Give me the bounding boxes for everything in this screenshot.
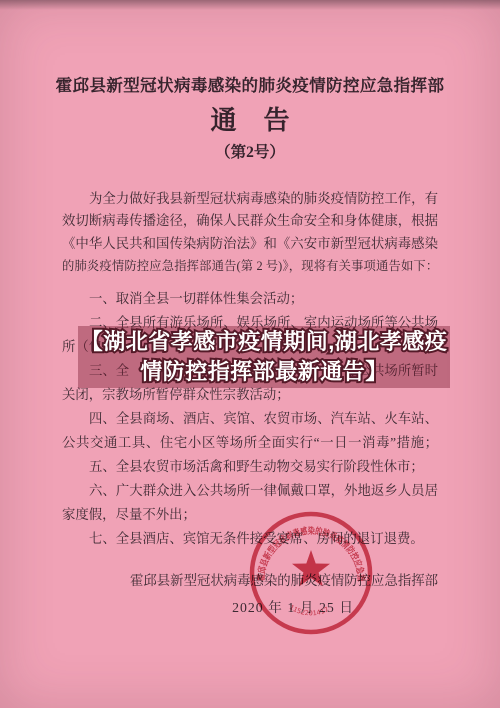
overlay-caption-band: 【湖北省孝感市疫情期间,湖北孝感疫 情防控指挥部最新通告】: [78, 326, 450, 388]
notice-paper: 霍邱县新型冠状病毒感染的肺炎疫情防控应急指挥部 通告 （第2号） 为全力做好我县…: [0, 0, 500, 708]
item-line: 四、全县商场、酒店、宾馆、农贸市场、汽车站、火车站、: [62, 407, 438, 431]
notice-title: 通告: [0, 100, 500, 137]
item-line: 六、广大群众进入公共场所一律佩戴口罩，外地返乡人员居: [62, 479, 438, 503]
body-line: 为全力做好我县新型冠状病毒感染的肺炎疫情防控工作，有: [62, 188, 438, 210]
item-line: 家度假，尽量不外出；: [62, 503, 438, 527]
signature-date: 2020 年 1 月 25 日: [62, 596, 354, 616]
body-line: 《中华人民共和国传染病防治法》和《六安市新型冠状病毒感染: [62, 233, 438, 255]
overlay-caption-line2: 情防控指挥部最新通告】: [140, 357, 388, 387]
overlay-caption-line1: 【湖北省孝感市疫情期间,湖北孝感疫: [81, 327, 448, 357]
signature-org: 霍邱县新型冠状病毒感染的肺炎疫情防控应急指挥部: [62, 570, 438, 589]
body-line: 的肺炎疫情防控应急指挥部通告(第 2 号)》，现将有关事项通告如下：: [62, 255, 438, 277]
item-line: 一、取消全县一切群体性集会活动；: [62, 287, 438, 311]
notice-number: （第2号）: [0, 140, 500, 162]
body-line: 效切断病毒传播途径，确保人民群众生命安全和身体健康，根据: [62, 210, 438, 232]
item-line: 五、全县农贸市场活禽和野生动物交易实行阶段性休市；: [62, 455, 438, 479]
intro-paragraph: 为全力做好我县新型冠状病毒感染的肺炎疫情防控工作，有 效切断病毒传播途径，确保人…: [62, 188, 438, 278]
item-line: 七、全县酒店、宾馆无条件接受宴席、房间的退订退费。: [62, 527, 438, 551]
item-line: 公共交通工具、住宅小区等场所全面实行“一日一消毒”措施；: [62, 431, 438, 455]
issuer-title: 霍邱县新型冠状病毒感染的肺炎疫情防控应急指挥部: [0, 72, 500, 96]
